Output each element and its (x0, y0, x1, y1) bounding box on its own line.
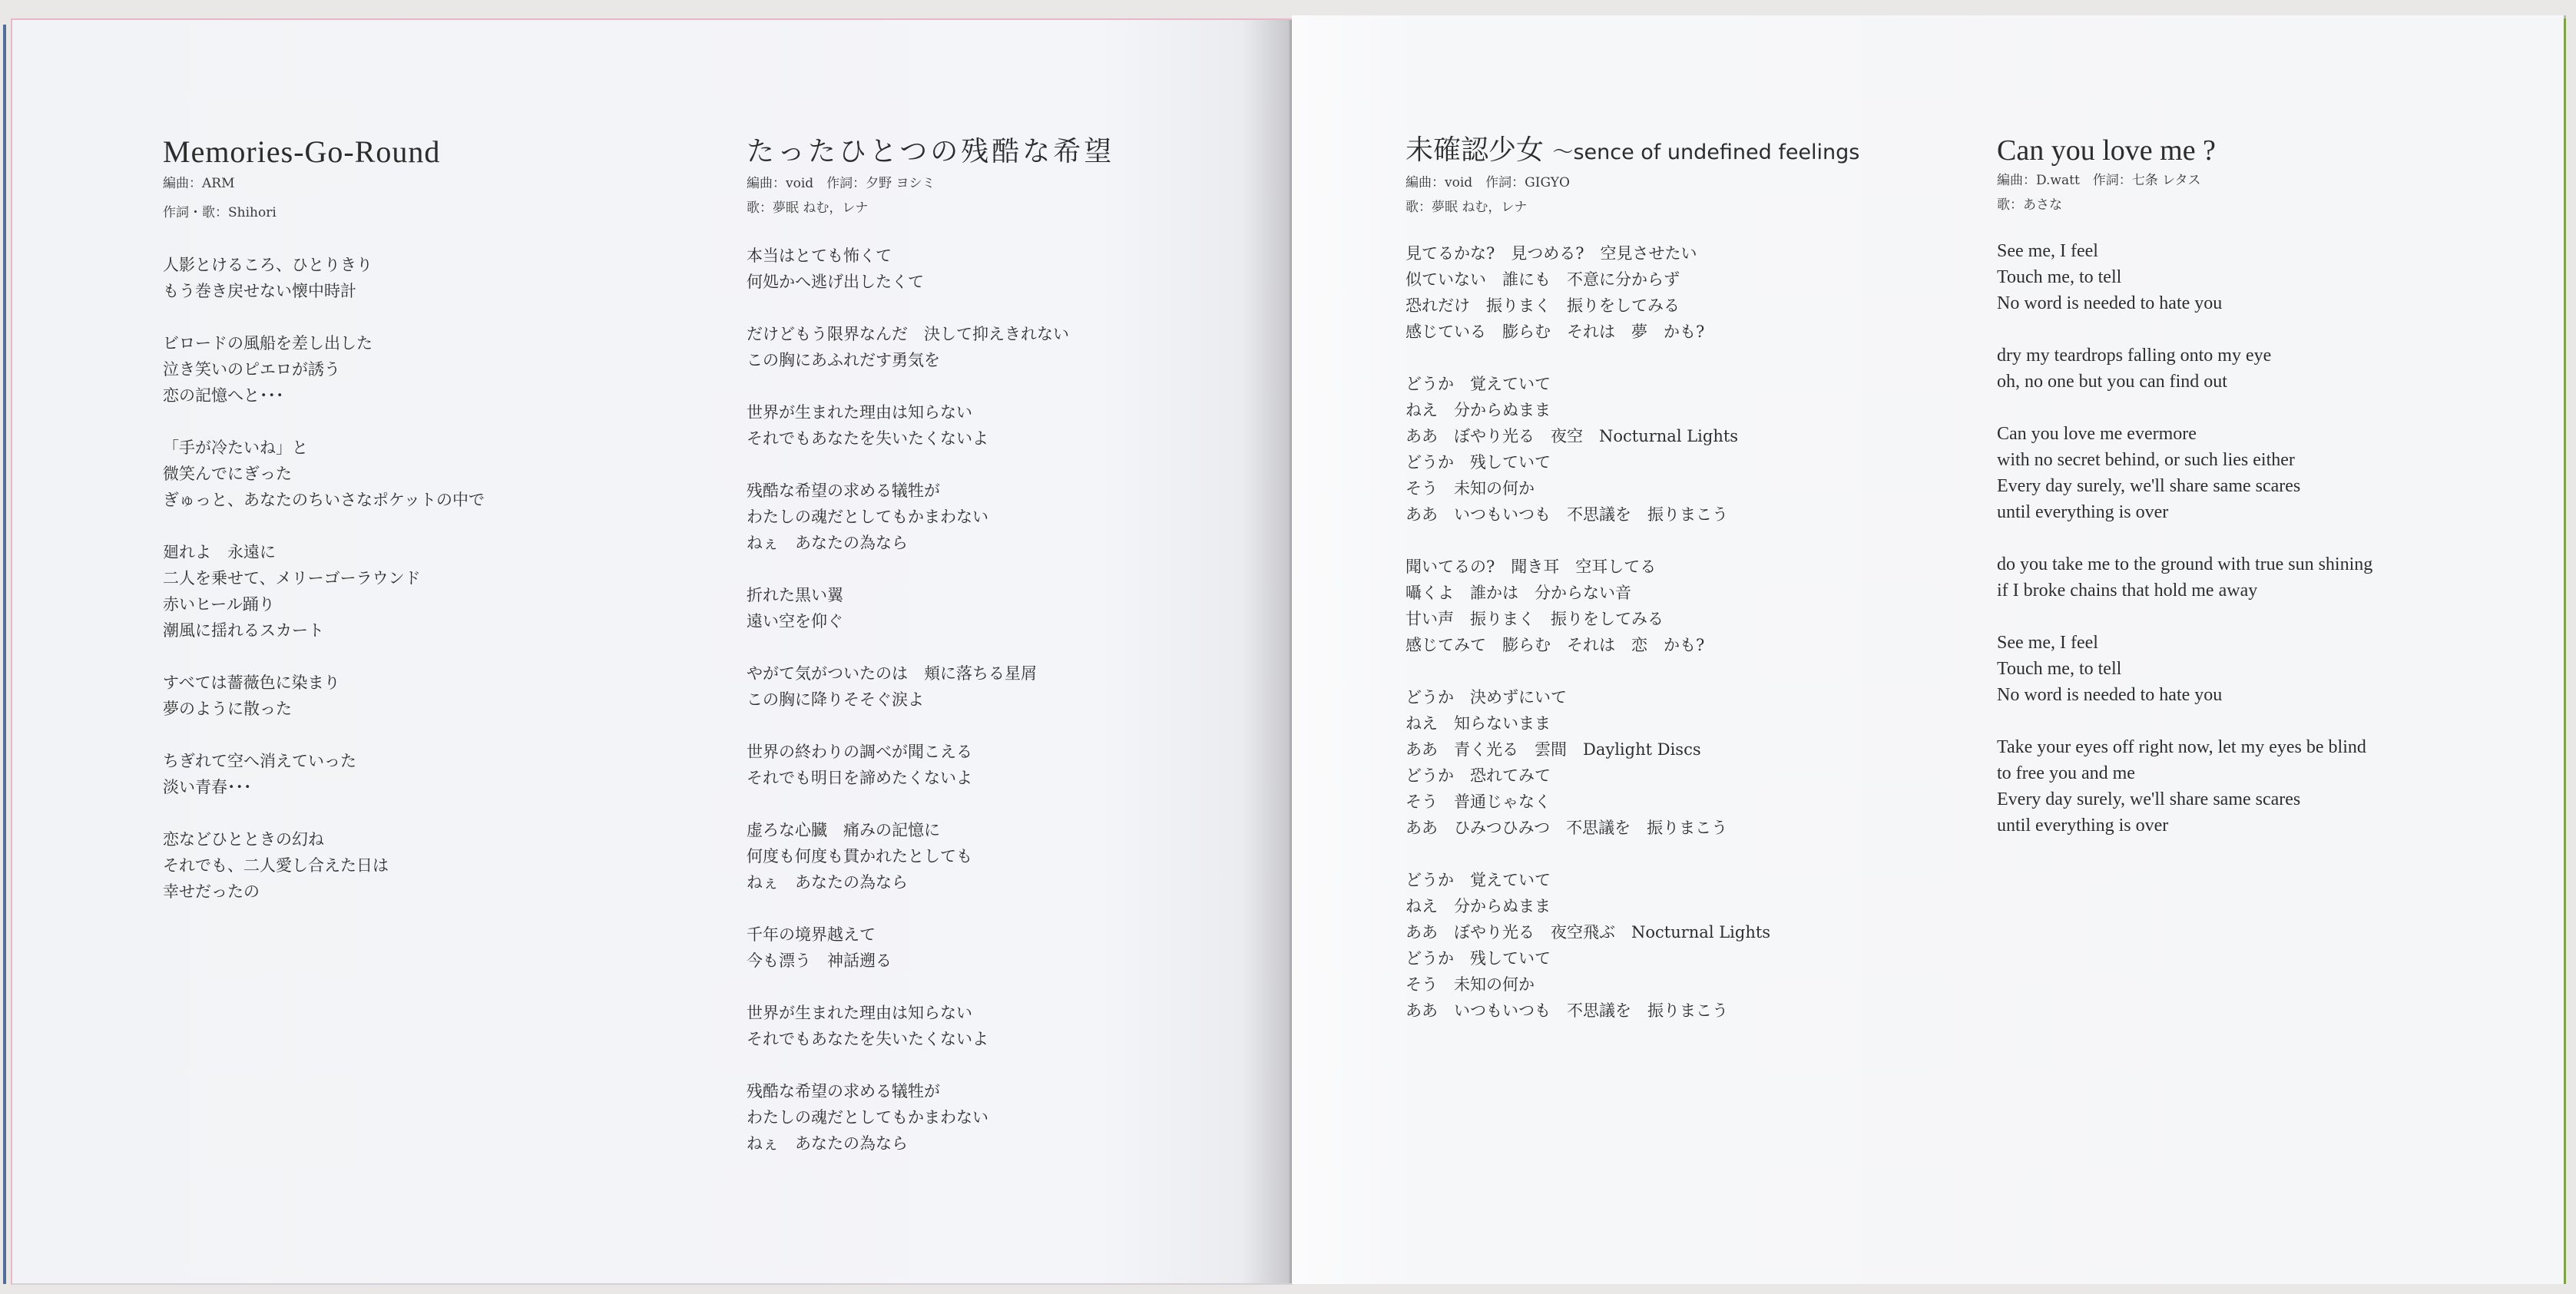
stanza: 人影とけるころ、ひとりきり もう巻き戻せない懐中時計 (163, 252, 700, 304)
lyric-line: 感じてみて 膨らむ それは 恋 かも? (1406, 632, 1958, 658)
lyric-line: そう 未知の何か (1406, 971, 1958, 998)
song-title: 未確認少女 ～sence of undefined feelings (1406, 132, 1958, 171)
lyric-line: 淡い青春･･･ (163, 774, 700, 800)
lyric-line: 今も漂う 神話遡る (747, 948, 1269, 974)
stanza: ちぎれて空へ消えていった 淡い青春･･･ (163, 748, 700, 800)
song-credit: 作詞・歌：Shihori (163, 201, 700, 224)
lyric-line: 遠い空を仰ぐ (747, 608, 1269, 634)
lyric-line: Every day surely, we'll share same scare… (1997, 786, 2535, 812)
lyric-line: そう 未知の何か (1406, 475, 1958, 501)
stanza: See me, I feel Touch me, to tell No word… (1997, 238, 2535, 316)
lyric-line: ねえ 分からぬまま (1406, 893, 1958, 919)
lyric-line: ああ ぼやり光る 夜空 Nocturnal Lights (1406, 423, 1958, 449)
song-title: Can you love me ? (1997, 132, 2535, 169)
lyric-line: 潮風に揺れるスカート (163, 617, 700, 644)
lyric-line: ねぇ あなたの為なら (747, 1130, 1269, 1157)
stanza: 残酷な希望の求める犠牲が わたしの魂だとしてもかまわない ねぇ あなたの為なら (747, 478, 1269, 556)
song-credit: 編曲：D.watt 作詞：七条 レタス (1997, 169, 2535, 192)
song-credit: 編曲：void 作詞：GIGYO (1406, 171, 1958, 194)
lyric-line: 似ていない 誰にも 不意に分からず (1406, 266, 1958, 293)
stanza: 残酷な希望の求める犠牲が わたしの魂だとしてもかまわない ねぇ あなたの為なら (747, 1078, 1269, 1157)
lyric-line: だけどもう限界なんだ 決して抑えきれない (747, 321, 1269, 347)
lyric-line: ああ ひみつひみつ 不思議を 振りまこう (1406, 815, 1958, 841)
stanza: 折れた黒い翼 遠い空を仰ぐ (747, 582, 1269, 634)
lyric-line: 「手が冷たいね」と (163, 435, 700, 461)
lyric-line: 恋などひとときの幻ね (163, 826, 700, 852)
lyric-line: わたしの魂だとしてもかまわない (747, 504, 1269, 530)
stanza: だけどもう限界なんだ 決して抑えきれない この胸にあふれだす勇気を (747, 321, 1269, 373)
stanza: 千年の境界越えて 今も漂う 神話遡る (747, 922, 1269, 974)
lyrics: 人影とけるころ、ひとりきり もう巻き戻せない懐中時計 ビロードの風船を差し出した… (163, 252, 700, 905)
lyric-line: until everything is over (1997, 812, 2535, 839)
song-memories-go-round: Memories-Go-Round 編曲：ARM 作詞・歌：Shihori 人影… (163, 134, 700, 931)
song-title: Memories-Go-Round (163, 134, 700, 170)
song-title-sub: ～sence of undefined feelings (1552, 141, 1859, 164)
song-mikakunin-shoujo: 未確認少女 ～sence of undefined feelings 編曲：vo… (1406, 132, 1958, 1050)
lyric-line: 残酷な希望の求める犠牲が (747, 1078, 1269, 1104)
lyric-line: ちぎれて空へ消えていった (163, 748, 700, 774)
stanza: Take your eyes off right now, let my eye… (1997, 734, 2535, 839)
stanza: どうか 覚えていて ねえ 分からぬまま ああ ぼやり光る 夜空 Nocturna… (1406, 371, 1958, 528)
lyric-line: ぎゅっと、あなたのちいさなポケットの中で (163, 487, 700, 513)
lyric-line: do you take me to the ground with true s… (1997, 551, 2535, 578)
lyric-line: 虚ろな心臓 痛みの記憶に (747, 817, 1269, 843)
lyric-line: 聞いてるの? 聞き耳 空耳してる (1406, 554, 1958, 580)
lyric-line: 千年の境界越えて (747, 922, 1269, 948)
lyric-line: 赤いヒール踊り (163, 591, 700, 617)
lyric-line: 幸せだったの (163, 879, 700, 905)
lyric-line: 何度も何度も貫かれたとしても (747, 843, 1269, 869)
lyric-line: やがて気がついたのは 頬に落ちる星屑 (747, 660, 1269, 687)
stanza: ビロードの風船を差し出した 泣き笑いのピエロが誘う 恋の記憶へと･･･ (163, 330, 700, 409)
stanza: 本当はとても怖くて 何処かへ逃げ出したくて (747, 243, 1269, 295)
stanza: dry my teardrops falling onto my eye oh,… (1997, 343, 2535, 395)
lyric-line: ああ いつもいつも 不思議を 振りまこう (1406, 501, 1958, 528)
lyric-line: with no secret behind, or such lies eith… (1997, 447, 2535, 473)
lyric-line: すべては薔薇色に染まり (163, 670, 700, 696)
stanza: 廻れよ 永遠に 二人を乗せて、メリーゴーラウンド 赤いヒール踊り 潮風に揺れるス… (163, 539, 700, 644)
lyric-line: Touch me, to tell (1997, 264, 2535, 290)
song-title: たったひとつの残酷な希望 (747, 134, 1269, 170)
song-credit: 歌：夢眠 ねむ，レナ (1406, 196, 1958, 219)
lyric-line: 本当はとても怖くて (747, 243, 1269, 269)
lyrics: See me, I feel Touch me, to tell No word… (1997, 238, 2535, 839)
stanza: 聞いてるの? 聞き耳 空耳してる 囁くよ 誰かは 分からない音 甘い声 振りまく… (1406, 554, 1958, 658)
left-page: Memories-Go-Round 編曲：ARM 作詞・歌：Shihori 人影… (11, 18, 1293, 1285)
stanza: 虚ろな心臓 痛みの記憶に 何度も何度も貫かれたとしても ねぇ あなたの為なら (747, 817, 1269, 895)
song-can-you-love-me: Can you love me ? 編曲：D.watt 作詞：七条 レタス 歌：… (1997, 132, 2535, 865)
stanza: 世界が生まれた理由は知らない それでもあなたを失いたくないよ (747, 399, 1269, 452)
stanza: do you take me to the ground with true s… (1997, 551, 2535, 604)
lyric-line: 微笑んでにぎった (163, 461, 700, 487)
stanza: どうか 決めずにいて ねえ 知らないまま ああ 青く光る 雲間 Daylight… (1406, 684, 1958, 841)
lyric-line: そう 普通じゃなく (1406, 789, 1958, 815)
lyric-line: oh, no one but you can find out (1997, 369, 2535, 395)
lyric-line: この胸に降りそそぐ涙よ (747, 687, 1269, 713)
lyric-line: ねえ 分からぬまま (1406, 397, 1958, 423)
lyric-line: 二人を乗せて、メリーゴーラウンド (163, 565, 700, 591)
lyric-line: ああ いつもいつも 不思議を 振りまこう (1406, 998, 1958, 1024)
lyric-line: ねぇ あなたの為なら (747, 530, 1269, 556)
lyric-line: どうか 残していて (1406, 449, 1958, 475)
lyric-line: 残酷な希望の求める犠牲が (747, 478, 1269, 504)
lyric-line: どうか 恐れてみて (1406, 763, 1958, 789)
lyric-line: No word is needed to hate you (1997, 682, 2535, 708)
lyric-line: 夢のように散った (163, 696, 700, 722)
stanza: どうか 覚えていて ねえ 分からぬまま ああ ぼやり光る 夜空飛ぶ Noctur… (1406, 867, 1958, 1024)
song-credit: 歌：あさな (1997, 194, 2535, 217)
lyric-line: どうか 残していて (1406, 945, 1958, 971)
lyric-line: この胸にあふれだす勇気を (747, 347, 1269, 373)
lyric-line: 恋の記憶へと･･･ (163, 382, 700, 409)
lyric-line: 廻れよ 永遠に (163, 539, 700, 565)
lyric-line: どうか 覚えていて (1406, 867, 1958, 893)
stanza: 見てるかな? 見つめる? 空見させたい 似ていない 誰にも 不意に分からず 恐れ… (1406, 240, 1958, 345)
lyric-line: Touch me, to tell (1997, 656, 2535, 682)
lyric-line: 世界が生まれた理由は知らない (747, 399, 1269, 425)
lyric-line: 見てるかな? 見つめる? 空見させたい (1406, 240, 1958, 266)
lyric-line: わたしの魂だとしてもかまわない (747, 1104, 1269, 1130)
lyric-line: 甘い声 振りまく 振りをしてみる (1406, 606, 1958, 632)
lyric-line: 人影とけるころ、ひとりきり (163, 252, 700, 278)
stanza: See me, I feel Touch me, to tell No word… (1997, 630, 2535, 708)
lyric-line: if I broke chains that hold me away (1997, 578, 2535, 604)
song-tatta-hitotsu-no-zankoku-na-kibou: たったひとつの残酷な希望 編曲：void 作詞：夕野 ヨシミ 歌：夢眠 ねむ，レ… (747, 134, 1269, 1183)
lyric-line: どうか 決めずにいて (1406, 684, 1958, 710)
lyric-line: No word is needed to hate you (1997, 290, 2535, 316)
lyric-line: 感じている 膨らむ それは 夢 かも? (1406, 319, 1958, 345)
lyric-line: Every day surely, we'll share same scare… (1997, 473, 2535, 499)
booklet-edge-green (2564, 18, 2566, 1284)
stanza: Can you love me evermore with no secret … (1997, 421, 2535, 525)
lyric-line: Can you love me evermore (1997, 421, 2535, 447)
song-title-main: 未確認少女 (1406, 134, 1552, 166)
stanza: やがて気がついたのは 頬に落ちる星屑 この胸に降りそそぐ涙よ (747, 660, 1269, 713)
lyrics: 本当はとても怖くて 何処かへ逃げ出したくて だけどもう限界なんだ 決して抑えきれ… (747, 243, 1269, 1157)
song-credit: 編曲：void 作詞：夕野 ヨシミ (747, 172, 1269, 195)
lyric-line: ああ 青く光る 雲間 Daylight Discs (1406, 736, 1958, 763)
lyric-line: もう巻き戻せない懐中時計 (163, 278, 700, 304)
lyric-line: to free you and me (1997, 760, 2535, 786)
lyric-line: それでも明日を諦めたくないよ (747, 765, 1269, 791)
lyrics: 見てるかな? 見つめる? 空見させたい 似ていない 誰にも 不意に分からず 恐れ… (1406, 240, 1958, 1024)
booklet-edge-blue (3, 25, 6, 1284)
lyric-line: Take your eyes off right now, let my eye… (1997, 734, 2535, 760)
lyric-line: それでもあなたを失いたくないよ (747, 425, 1269, 452)
lyric-line: ああ ぼやり光る 夜空飛ぶ Nocturnal Lights (1406, 919, 1958, 945)
lyric-line: どうか 覚えていて (1406, 371, 1958, 397)
lyric-line: それでも、二人愛し合えた日は (163, 852, 700, 879)
lyric-line: ねえ 知らないまま (1406, 710, 1958, 736)
lyric-line: 泣き笑いのピエロが誘う (163, 356, 700, 382)
lyric-line: until everything is over (1997, 499, 2535, 525)
lyric-line: 世界の終わりの調べが聞こえる (747, 739, 1269, 765)
stanza: 世界が生まれた理由は知らない それでもあなたを失いたくないよ (747, 1000, 1269, 1052)
lyric-line: 折れた黒い翼 (747, 582, 1269, 608)
stanza: 「手が冷たいね」と 微笑んでにぎった ぎゅっと、あなたのちいさなポケットの中で (163, 435, 700, 513)
lyric-line: 世界が生まれた理由は知らない (747, 1000, 1269, 1026)
lyric-line: それでもあなたを失いたくないよ (747, 1026, 1269, 1052)
song-credit: 歌：夢眠 ねむ，レナ (747, 197, 1269, 220)
lyric-line: See me, I feel (1997, 238, 2535, 264)
right-page: 未確認少女 ～sence of undefined feelings 編曲：vo… (1292, 15, 2566, 1284)
lyric-line: 恐れだけ 振りまく 振りをしてみる (1406, 293, 1958, 319)
lyric-line: dry my teardrops falling onto my eye (1997, 343, 2535, 369)
song-credit: 編曲：ARM (163, 172, 700, 195)
stanza: 世界の終わりの調べが聞こえる それでも明日を諦めたくないよ (747, 739, 1269, 791)
lyric-line: 囁くよ 誰かは 分からない音 (1406, 580, 1958, 606)
stanza: 恋などひとときの幻ね それでも、二人愛し合えた日は 幸せだったの (163, 826, 700, 905)
lyric-line: ビロードの風船を差し出した (163, 330, 700, 356)
stanza: すべては薔薇色に染まり 夢のように散った (163, 670, 700, 722)
lyric-line: See me, I feel (1997, 630, 2535, 656)
lyric-line: 何処かへ逃げ出したくて (747, 269, 1269, 295)
lyric-line: ねぇ あなたの為なら (747, 869, 1269, 895)
